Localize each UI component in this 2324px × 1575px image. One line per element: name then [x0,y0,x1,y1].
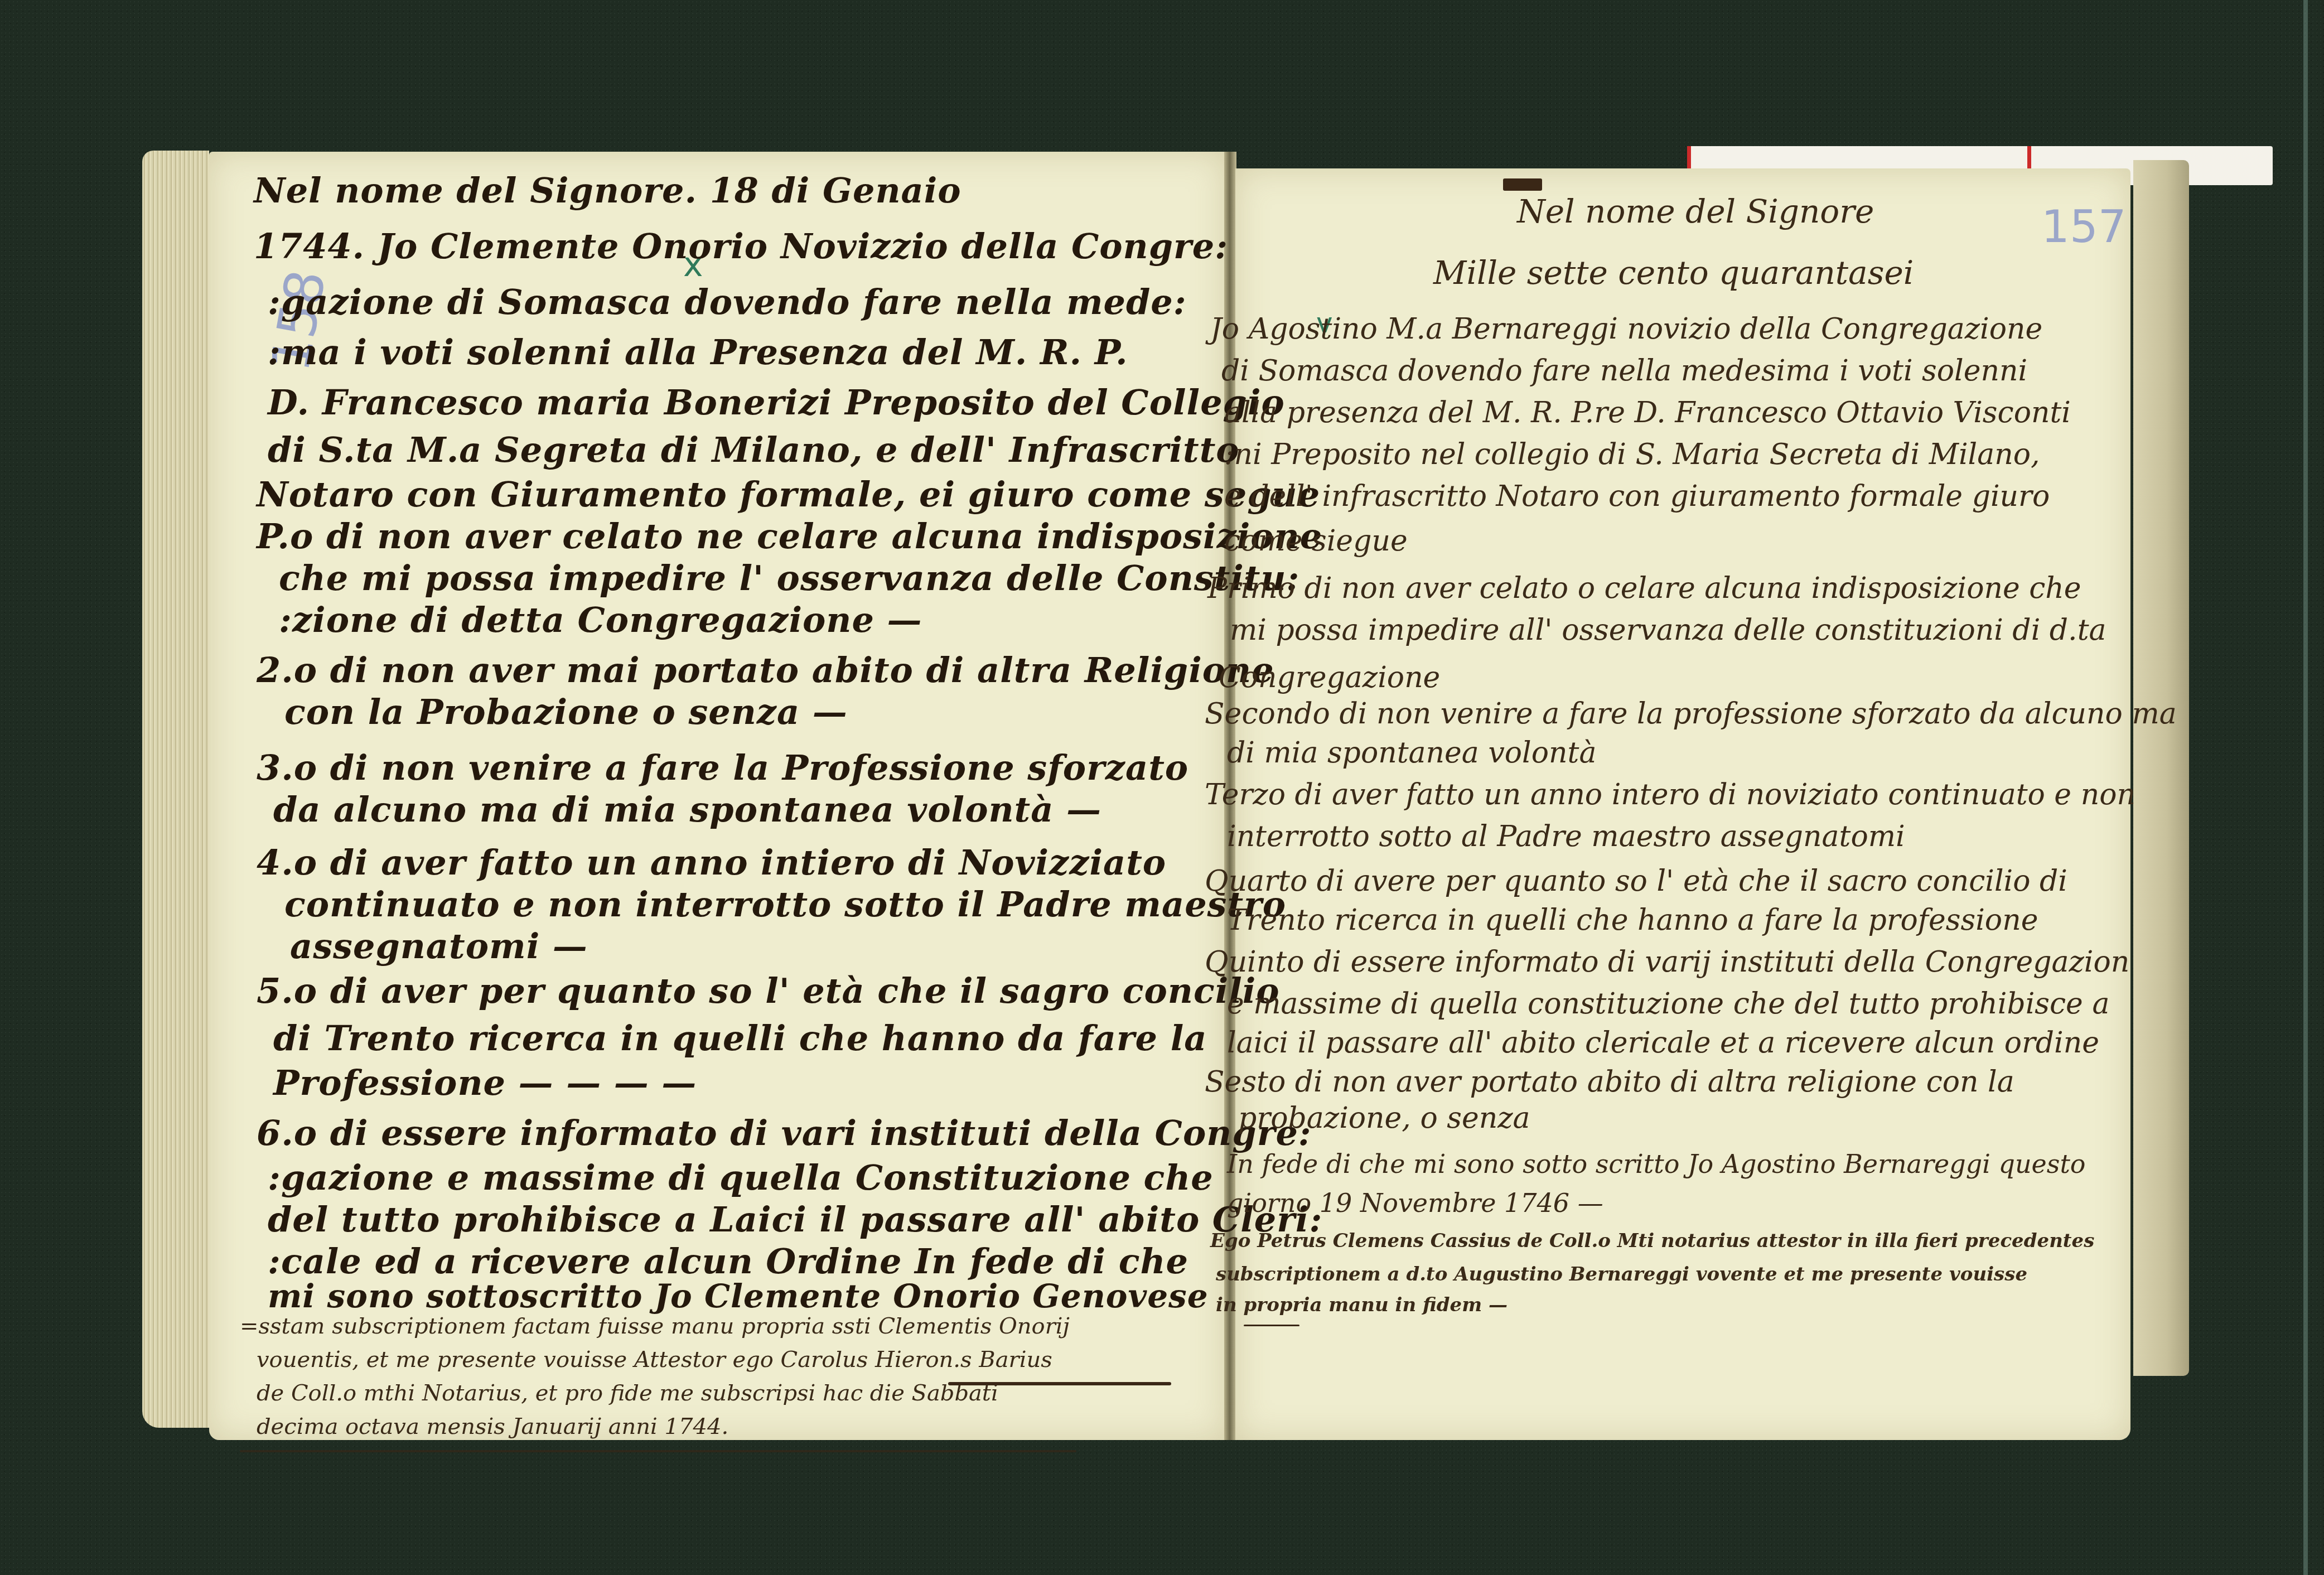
left-notary-line-2: vouentis, et me presente vouisse Attesto… [257,1347,1052,1373]
left-line-25: mi sono sottoscritto Jo Clemente Onorio … [268,1277,1209,1315]
left-line-7: Notaro con Giuramento formale, ei giuro … [257,474,1320,515]
right-notary-line-1: Ego Petrus Clemens Cassius de Coll.o Mti… [1210,1230,2094,1252]
left-line-22: :gazione e massime di quella Constituzio… [268,1157,1214,1198]
left-line-19: di Trento ricerca in quelli che hanno da… [273,1018,1207,1059]
right-line-16: Quarto di avere per quanto so l' età che… [1205,864,2067,898]
right-line-7: e dell' infrascritto Notaro con giuramen… [1224,480,2050,513]
left-line-2: 1744. Jo Clemente Onorio Novizzio della … [254,226,1228,267]
right-year-line: Mille sette cento quarantasei [1433,254,1914,292]
page-edges-left [142,151,209,1428]
left-line-5: D. Francesco maria Bonerizi Preposito de… [268,382,1285,423]
left-notary-line-1: =sstam subscriptionem factam fuisse manu… [240,1313,1070,1339]
right-line-6: :ni Preposito nel collegio di S. Maria S… [1224,438,2040,471]
left-line-23: del tutto prohibisce a Laici il passare … [268,1199,1322,1240]
right-line-18: Quinto di essere informato di varij inst… [1205,945,2129,979]
left-line-15: 4.o di aver fatto un anno intiero di Nov… [257,842,1166,883]
left-line-13: 3.o di non venire a fare la Professione … [257,747,1188,788]
ink-flourish [1244,1325,1299,1326]
left-line-11: 2.o di non aver mai portato abito di alt… [257,650,1274,690]
right-line-13: di mia spontanea volontà [1227,736,1596,770]
ink-flourish [948,1382,1171,1385]
left-line-6: di S.ta M.a Segreta di Milano, e dell' I… [268,429,1240,470]
left-line-9: che mi possa impedire l' osservanza dell… [279,558,1299,598]
left-line-17: assegnatomi — [290,926,588,967]
right-line-9: Primo di non aver celato o celare alcuna… [1207,572,2081,605]
ink-flourish-row [240,1450,1076,1452]
right-line-17: Trento ricerca in quelli che hanno a far… [1227,904,2038,937]
left-line-3: :gazione di Somasca dovendo fare nella m… [268,282,1187,322]
right-line-14: Terzo di aver fatto un anno intero di no… [1205,778,2135,811]
left-line-24: :cale ed a ricevere alcun Ordine In fede… [268,1241,1188,1282]
folded-flap [2133,160,2189,1376]
right-line-11: Congregazione [1219,661,1440,694]
left-line-16: continuato e non interrotto sotto il Pad… [284,884,1286,925]
glass-edge [2303,0,2308,1575]
right-line-19: e massime di quella constituzione che de… [1227,987,2109,1021]
right-line-12: Secondo di non venire a fare la professi… [1205,697,2177,731]
right-line-15: interrotto sotto al Padre maestro assegn… [1227,820,1905,853]
right-line-10: mi possa impedire all' osservanza delle … [1230,613,2106,647]
right-line-5: alla presenza del M. R. P.re D. Francesc… [1224,396,2071,429]
left-line-21: 6.o di essere informato di vari institut… [257,1113,1312,1153]
right-notary-line-3: in propria manu in fidem — [1216,1294,1508,1316]
right-line-8: come siegue [1224,524,1408,558]
right-notary-line-2: subscriptionem a d.to Augustino Bernareg… [1216,1263,2027,1286]
left-line-10: :zione di detta Congregazione — [279,600,922,640]
right-heading: Nel nome del Signore [1517,192,1874,230]
left-line-1: Nel nome del Signore. 18 di Genaio [254,170,962,211]
right-line-21: Sesto di non aver portato abito di altra… [1205,1065,2014,1099]
left-line-14: da alcuno ma di mia spontanea volontà — [273,789,1101,830]
left-notary-line-4: decima octava mensis Januarij anni 1744. [257,1414,728,1439]
left-notary-line-3: de Coll.o mthi Notarius, et pro fide me … [257,1380,998,1406]
right-line-4: di Somasca dovendo fare nella medesima i… [1221,354,2027,388]
right-line-22: probazione, o senza [1238,1101,1530,1135]
ink-blot [1503,178,1542,191]
folio-number-right: 157 [2041,201,2127,253]
right-line-20: laici il passare all' abito clericale et… [1227,1026,2099,1060]
left-line-20: Professione — — — — [273,1062,697,1103]
left-line-8: P.o di non aver celato ne celare alcuna … [257,516,1322,557]
left-line-4: :ma i voti solenni alla Presenza del M. … [268,332,1128,373]
right-line-23: In fede di che mi sono sotto scritto Jo … [1227,1149,2086,1179]
left-line-12: con la Probazione o senza — [284,692,848,732]
right-line-3: Jo Agostino M.a Bernareggi novizio della… [1210,312,2042,346]
right-line-24: giorno 19 Novembre 1746 — [1227,1188,1603,1218]
left-line-18: 5.o di aver per quanto so l' età che il … [257,970,1280,1011]
